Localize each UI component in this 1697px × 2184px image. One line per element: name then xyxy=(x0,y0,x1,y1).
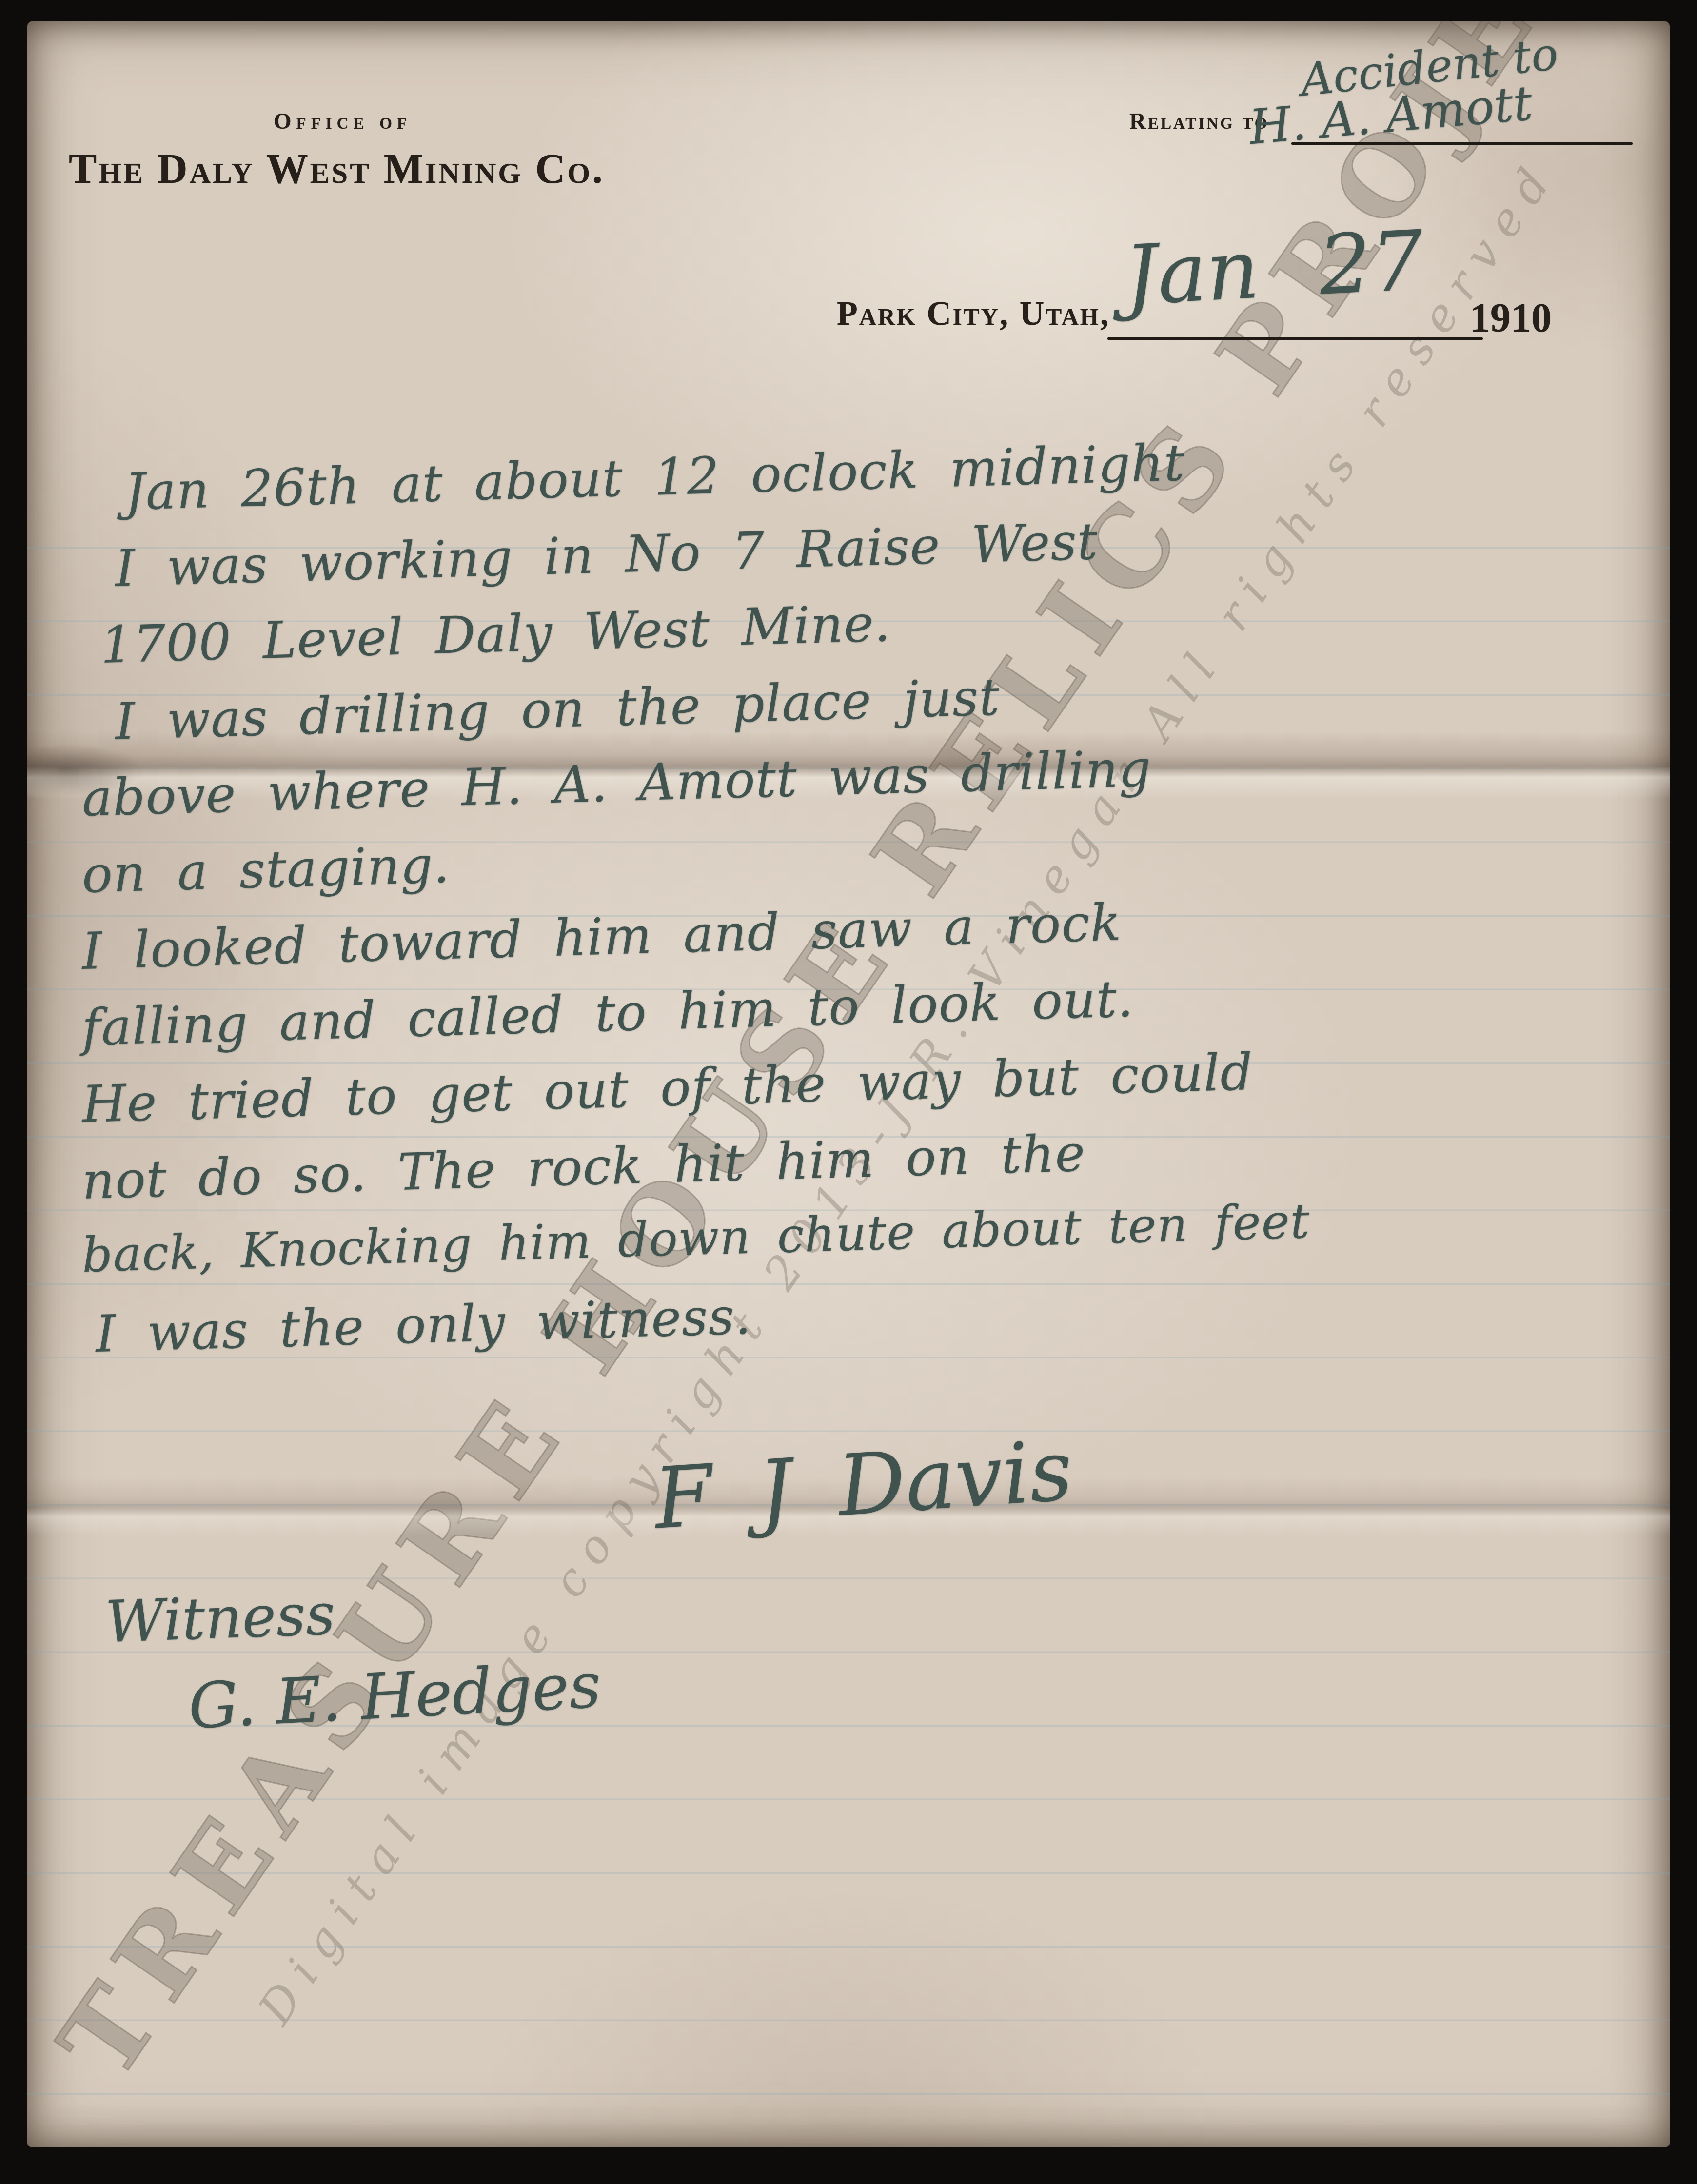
dateline-year: 1910 xyxy=(1470,295,1552,342)
witness-label: Witness xyxy=(104,1580,336,1655)
dateline-underline xyxy=(1107,337,1483,340)
letterhead-office-of: Office of xyxy=(274,108,412,135)
scanner-background: TREASURE HOUSE RELICS PROJECT Digital im… xyxy=(0,0,1697,2184)
letter-page: TREASURE HOUSE RELICS PROJECT Digital im… xyxy=(27,21,1670,2147)
letterhead-company-name: The Daly West Mining Co. xyxy=(69,144,605,193)
dateline-date-handwritten: Jan 27 xyxy=(1122,213,1425,324)
body-line-6: on a staging. xyxy=(81,835,450,905)
dateline-place: Park City, Utah, xyxy=(837,295,1110,334)
